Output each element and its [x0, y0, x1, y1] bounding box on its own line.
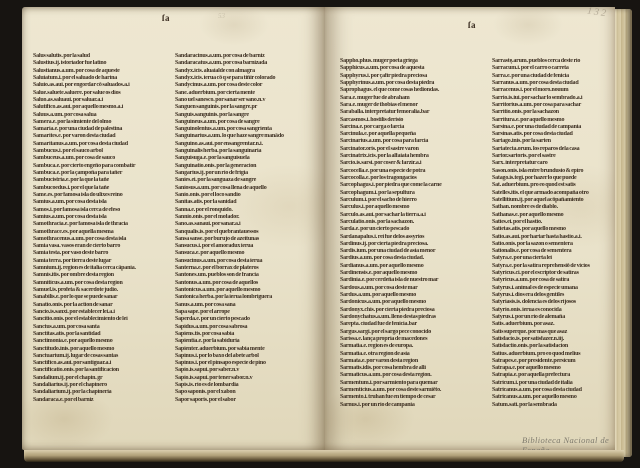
dictionary-entry-line: Sanctitudo.inis. por aquello mesmo: [33, 346, 174, 353]
dictionary-entry-line: Sapor saporis. por el sabor: [175, 397, 323, 404]
dictionary-entry-line: Satricum.i. por una ciudad de italia: [492, 380, 613, 387]
dictionary-entry-line: Sarcinula.e. por aquella pequeña: [340, 131, 490, 138]
dictionary-entry-line: Satrapia.e. por aquella prefectura: [492, 372, 613, 379]
dictionary-entry-line: Sandaliarium.ij. por la chapineria: [33, 389, 174, 396]
dictionary-entry-line: Sanio.onis. por el loco sandio: [175, 192, 323, 199]
dictionary-entry-line: Satyrus.i. por un rio de alemaña: [492, 314, 613, 321]
dictionary-entry-line: Salutifico.as.aui. por aquello mesmo.a.i: [33, 104, 174, 111]
dictionary-entry-line: Sarritura.e. por aquello mesmo: [492, 117, 613, 124]
book-scan-viewport: ſa 53 Salus salutis. por la saludSalusti…: [0, 0, 640, 468]
dictionary-entry-line: Santones.um. pueblos son de francia: [175, 272, 323, 279]
dictionary-entry-line: Sanus.a.um. por cosa sana: [175, 302, 323, 309]
dictionary-entry-line: Sarracenus.i. por el moro.nouum: [492, 87, 613, 94]
dictionary-entry-line: Salue.saluete.saluere. por salue os dios: [33, 90, 174, 97]
dictionary-entry-line: Santonicus.a.um. por aquello mesmo: [175, 287, 323, 294]
dictionary-entry-line: Sanguinolentus.a.um. por cosa sangrienta: [175, 126, 323, 133]
dictionary-entry-line: Sarranus.a.um. por cosa desta ciudad: [492, 80, 613, 87]
page-bottom-edge: [24, 450, 624, 462]
dictionary-entry-line: Sarnus.i. por un rio de campania: [340, 402, 490, 409]
dictionary-entry-line: Sansucus.i. por el amoradux ierua: [175, 243, 323, 250]
left-page-foliation-mark: 53: [218, 12, 225, 20]
dictionary-entry-line: Sarissa.e. lança propria de macedones: [340, 336, 490, 343]
dictionary-entry-line: Sarmatis.idis. por cosa hembra de alli: [340, 365, 490, 372]
dictionary-entry-line: Samaritanus.a.um. por cosa desta ciudad: [33, 141, 174, 148]
dictionary-entry-line: Sarritio.onis. por la sachazon: [492, 109, 613, 116]
dictionary-entry-line: Sandaracatus.a.um. por cosa barnizada: [175, 60, 323, 67]
dictionary-entry-line: Saluo.as.saluaui. por saluar.a.i: [33, 97, 174, 104]
dictionary-entry-line: Satyriasis.is. dolencia es delos rijosos: [492, 299, 613, 306]
dictionary-entry-line: Sarrastę.arum. pueblos cerca deste rio: [492, 58, 613, 65]
dictionary-entry-line: Samius.a.um. por cosa desta isla: [33, 199, 174, 206]
dictionary-entry-line: Sardinia.e. por cerdeña isla de nuestro …: [340, 277, 490, 284]
dictionary-entry-line: Sardonyx.chis. por cierta piedra precios…: [340, 307, 490, 314]
dictionary-entry-line: Sanctus.a.um. por cosa santa: [33, 324, 174, 331]
dictionary-entry-line: Satricanus.a.um. por cosa desta ciudad: [492, 387, 613, 394]
dictionary-entry-line: Sancio.is.sanxi. por establecer lei.a.i: [33, 309, 174, 316]
dictionary-entry-line: Sarcasmos.i. hostilis derisio: [340, 117, 490, 124]
dictionary-entry-line: Sanctimonia.e. por aquello mesmo: [33, 338, 174, 345]
dictionary-entry-line: Sapis.is. rio es de lombardia: [175, 382, 323, 389]
dictionary-entry-line: Sarcinator.oris. por el sastre varon: [340, 146, 490, 153]
dictionary-entry-line: Sardis.ium. por una ciudad de asia menor: [340, 248, 490, 255]
dictionary-entry-line: Samia vasa. vasos eran de cierto barro: [33, 243, 174, 250]
dictionary-entry-line: Sandaracinus.a.um. por cosa de barniz: [175, 53, 323, 60]
dictionary-entry-line: Sannio.onis. por el mofador.: [175, 214, 323, 221]
dictionary-entry-line: Samnis.itis. por ombre desta region: [33, 272, 174, 279]
dictionary-entry-line: Salustius.ij. istoriador fue latino: [33, 60, 174, 67]
dictionary-entry-line: Sanguis.sanguinis. por la sangre: [175, 112, 323, 119]
dictionary-entry-line: Sano.as.sanaui. por sanar.a.i: [175, 221, 323, 228]
dictionary-entry-line: Sat. aduerbium. pro eo quod est satis: [492, 182, 613, 189]
dictionary-entry-line: Santerna.e. por el borrax de plateros: [175, 265, 323, 272]
dictionary-entry-line: Sartago.inis. por la sarten: [492, 138, 613, 145]
dictionary-entry-line: Satyricus.ci. por el escriptor de satira…: [492, 270, 613, 277]
dictionary-entry-line: Sardianus.a.um. por aquello mesmo: [340, 263, 490, 270]
right-page-pencil-mark: 132: [586, 6, 608, 20]
dictionary-entry-line: Sarcinatrix.icis. por la alfaiata hembra: [340, 153, 490, 160]
dictionary-entry-line: Sardinensis.e. por aquello mesmo: [340, 270, 490, 277]
dictionary-entry-line: Sandaliarius.ij. por el chapinero: [33, 382, 174, 389]
dictionary-entry-line: Sarmenticius.a.um. por cosa deste sarmiẽ…: [340, 387, 490, 394]
dictionary-entry-line: Sarcina.e. por carga o farcia: [340, 124, 490, 131]
dictionary-entry-line: Sarmata.e. por varon desta region: [340, 358, 490, 365]
dictionary-entry-line: Sanna.e. por el ronquido.: [175, 207, 323, 214]
dictionary-entry-line: Sarx. interpretatur caro: [492, 160, 613, 167]
dictionary-entry-line: Sarculo.as.aui. por sachar la tierra.a.i: [340, 212, 490, 219]
dictionary-entry-line: Sanctuarium.ij. lugar de cosas santas: [33, 353, 174, 360]
right-page: ſa 132 Sappho.phus. muger poeta griegaSa…: [325, 7, 615, 450]
dictionary-entry-line: Salustianus.a.um. por cosa de aqueste: [33, 68, 174, 75]
dictionary-entry-line: Sanguinalis herba. por la sanguinaria: [175, 148, 323, 155]
dictionary-entry-line: Sanies.ei. por la sanguaza de sangre: [175, 177, 323, 184]
dictionary-entry-line: Satyrio.onis. ierua es conocida: [492, 307, 613, 314]
dictionary-entry-line: Satisfacio.is. por satisfazer.n.iij.: [492, 336, 613, 343]
dictionary-entry-line: Samia terra. por tierra deste lugar: [33, 258, 174, 265]
dictionary-entry-line: Sapphicus.a.um. por cosa de aquesta: [340, 65, 490, 72]
dictionary-entry-line: Sangarius.ij. por un rio de frigia: [175, 170, 323, 177]
left-column-1: Salus salutis. por la saludSalustius.ij.…: [33, 53, 174, 405]
left-page: ſa 53 Salus salutis. por la saludSalusti…: [22, 7, 325, 450]
dictionary-entry-line: Sambucus.i. por el sauco arbol: [33, 148, 174, 155]
right-column-2: Sarrastę.arum. pueblos cerca deste rioSa…: [492, 58, 613, 410]
dictionary-entry-line: Sarcophagus.i. por piedra que come la ca…: [340, 182, 490, 189]
dictionary-entry-line: Sanguisuga.e. por la sanguisuela: [175, 155, 323, 162]
dictionary-entry-line: Santonus.a.um. por cosa de aquellos: [175, 280, 323, 287]
dictionary-entry-line: Sarra.e. por una ciudad de fenicia: [492, 73, 613, 80]
left-column-2: Sandaracinus.a.um. por cosa de barnizSan…: [175, 53, 323, 405]
dictionary-entry-line: Sandyx.icis. aluaialde con almagra: [175, 68, 323, 75]
dictionary-entry-line: Sanctifico.as.aui. por santiguar.a.i: [33, 360, 174, 367]
dictionary-entry-line: Sanguinarius.a.um. lo que haze sangre ma…: [175, 133, 323, 140]
dictionary-entry-line: Sansuca.e. por aquello mesmo: [175, 250, 323, 257]
dictionary-entry-line: Satyricus.a.um. por cosa de satira: [492, 277, 613, 284]
dictionary-entry-line: Satyra.e. por una cierta lei: [492, 255, 613, 262]
dictionary-entry-line: Samothracia.e. por famosa isla de thraci…: [33, 221, 174, 228]
dictionary-entry-line: Sarracum.i. por el carro o carreta: [492, 65, 613, 72]
dictionary-entry-line: Satelles.itis. el que armado acompaña ot…: [492, 190, 613, 197]
dictionary-entry-line: Sambuceus.a.um. por cosa de sauco: [33, 155, 174, 162]
dictionary-entry-line: Sarda.e. por un cierto pescado: [340, 226, 490, 233]
dictionary-entry-line: Satio.as.aui. por hartar hasta hastio.a.…: [492, 234, 613, 241]
dictionary-entry-line: Sarsinas.atis. por cosa desta ciudad: [492, 131, 613, 138]
page-fore-edge: [615, 9, 632, 457]
dictionary-entry-line: Sardonychatus.a.um. lleno destas piedras: [340, 314, 490, 321]
dictionary-entry-line: Satius. aduerbium. pro eo quod melius: [492, 351, 613, 358]
dictionary-entry-line: Saluus.a.um. por cosa salua: [33, 112, 174, 119]
dictionary-entry-line: Sapinus.i. por lo baxo del abete arbol: [175, 353, 323, 360]
dictionary-entry-line: Saperda.e. por un cierto pescado: [175, 316, 323, 323]
dictionary-entry-line: Sationalis.e. por cosa de sementera: [492, 248, 613, 255]
dictionary-entry-line: Sathanas.e. por aquello mesmo: [492, 212, 613, 219]
dictionary-entry-line: Sarmaticus.a.um. por cosa desta region.: [340, 372, 490, 379]
dictionary-entry-line: Satellitium.ij. por aquel acõpañamiento: [492, 197, 613, 204]
dictionary-entry-line: Sardous.a.um. por cosa deste mar: [340, 285, 490, 292]
dictionary-entry-line: Samius.a.um. por cosa desta isla: [33, 214, 174, 221]
dictionary-entry-line: Sarrio.is.iui. por sachar lo sembrado.a.…: [492, 95, 613, 102]
dictionary-entry-line: Satis. aduerbium. por asaz.: [492, 321, 613, 328]
dictionary-entry-line: Sambucistria.e. por la que la tañe: [33, 177, 174, 184]
dictionary-entry-line: Satyrus.i. animal es de especie umana: [492, 285, 613, 292]
dictionary-entry-line: Sapphyrinus.a.um. por cosa desta piedra: [340, 80, 490, 87]
dictionary-entry-line: Sambuca.e. por la çampoña para tañer: [33, 170, 174, 177]
dictionary-entry-line: Satricanus.a.um. por aquello mesmo: [492, 394, 613, 401]
dictionary-entry-line: Sanguino.as.aui. por ensangrentar.n.i.: [175, 141, 323, 148]
dictionary-entry-line: Satisfactio.onis. por la satisfacion: [492, 343, 613, 350]
dictionary-entry-line: Sane. aduerbium. por cierta mente: [175, 90, 323, 97]
dictionary-entry-line: Satyrus.i. dios era delos gentiles: [492, 292, 613, 299]
dictionary-entry-line: Sapo saponis. por el xabon: [175, 389, 323, 396]
dictionary-entry-line: Satum.sati. por la sembrada: [492, 402, 613, 409]
dictionary-entry-line: Sansucinus.a.um. por cosa desta ierua: [175, 258, 323, 265]
dictionary-entry-line: Sarmentum.i. por sarmiento para quemar: [340, 380, 490, 387]
dictionary-entry-line: Saties.ei. por el hastio.: [492, 219, 613, 226]
dictionary-entry-line: Satrapa.e. por aquello mesmo: [492, 365, 613, 372]
dictionary-entry-line: Sarcinarius.a.um. por cosa para farcia: [340, 138, 490, 145]
dictionary-entry-line: Sarcophagum.i. por la sepultura: [340, 190, 490, 197]
dictionary-entry-line: Sanguineus.a.um. por cosa de sangre: [175, 119, 323, 126]
dictionary-entry-line: Saluiatum.i. por el saluado de harina: [33, 75, 174, 82]
dictionary-entry-line: Sarculum.i. por el sacho de hierro: [340, 197, 490, 204]
dictionary-entry-line: Sarmento.i. truhan fue en tiempo de cesa…: [340, 394, 490, 401]
dictionary-entry-line: Sapinus.i. por el pinsapo especie de pin…: [175, 360, 323, 367]
dictionary-entry-line: Sanguinatio.onis. por la generacion: [175, 163, 323, 170]
dictionary-entry-line: Satyra.e. por la satira reprehensiõ de v…: [492, 263, 613, 270]
dictionary-entry-line: Sason.onis. isla entre brundusio & epiro: [492, 168, 613, 175]
dictionary-entry-line: Sarcio.is.sarsi. por coser & farzir.a.i: [340, 160, 490, 167]
dictionary-entry-line: Sano uel sanesco. por sanar ser sano.n.v: [175, 97, 323, 104]
dictionary-entry-line: Sandaraca.e. por el barniz: [33, 397, 174, 404]
dictionary-entry-line: Samos.i. por famosa isla cerca de efeso: [33, 207, 174, 214]
dictionary-entry-line: Sara.e. muger fue de abraham: [340, 95, 490, 102]
dictionary-entry-line: Sarculatio.onis. por la sachazon.: [340, 219, 490, 226]
dictionary-entry-line: Sardonicus.a.um. por aquello mesmo: [340, 299, 490, 306]
dictionary-entry-line: Sanguen sanguinis. por la sangre.pr: [175, 104, 323, 111]
dictionary-entry-line: Sandycinus.a.um. por cosa deste color: [175, 82, 323, 89]
dictionary-entry-line: Sandyx.icis. ierua cõ q se para tiñir co…: [175, 75, 323, 82]
dictionary-entry-line: Samuel.is. profeta & sacerdote judio.: [33, 287, 174, 294]
right-column-1: Sappho.phus. muger poeta griegaSapphicus…: [340, 58, 490, 410]
dictionary-entry-line: Sartatecta.orum. los reparos dela casa: [492, 146, 613, 153]
dictionary-entry-line: Sapio.is.sapui. por tener sabor.n.v: [175, 375, 323, 382]
dictionary-entry-line: Satis superque. por mas que asaz: [492, 329, 613, 336]
dictionary-entry-line: Sapphyrus.i. por çafir piedra preciosa: [340, 73, 490, 80]
dictionary-entry-line: Sarepta. ciudad fue de fenicia.bar: [340, 321, 490, 328]
dictionary-entry-line: Satio.onis. por la sazon o sementera: [492, 241, 613, 248]
dictionary-entry-line: Sappho.phus. muger poeta griega: [340, 58, 490, 65]
dictionary-entry-line: Sansa sanse. por burujo de azeitunas: [175, 236, 323, 243]
dictionary-entry-line: Saraballa. interpretatur femoralia.bar: [340, 109, 490, 116]
dictionary-entry-line: Sartor.sartoris. por el sastre: [492, 153, 613, 160]
dictionary-entry-line: Saprophagus. el que come cosas hediondas…: [340, 87, 490, 94]
dictionary-entry-line: Sandalium.ij. por el chapin. gr: [33, 375, 174, 382]
dictionary-entry-line: Saluio.as.aui. por engordar cõ saluados.…: [33, 82, 174, 89]
dictionary-entry-line: Sapio.is.sapui. por saber.n.v: [175, 367, 323, 374]
dictionary-entry-line: Sarcocolla.e. por los tragongacios: [340, 175, 490, 182]
dictionary-entry-line: Salus salutis. por la salud: [33, 53, 174, 60]
dictionary-entry-line: Sanatio.onis. por la action de sanar: [33, 302, 174, 309]
dictionary-entry-line: Sardanapalus.i. rei fue delos assyrios: [340, 234, 490, 241]
dictionary-entry-line: Santonica herba. por la ierua lombriguer…: [175, 294, 323, 301]
dictionary-entry-line: Samia testa. por vaso deste barro: [33, 250, 174, 257]
right-running-head: ſa: [468, 20, 476, 30]
dictionary-entry-line: Sardus.a.um. por aquello mesmo: [340, 292, 490, 299]
dictionary-entry-line: Sanctitas.atis. por la santidad: [33, 331, 174, 338]
dictionary-entry-line: Sancitio.onis. por el establecimiento de…: [33, 316, 174, 323]
dictionary-entry-line: Sapienter. aduerbium. por sabia mente: [175, 346, 323, 353]
open-book: ſa 53 Salus salutis. por la saludSalusti…: [22, 7, 632, 462]
dictionary-entry-line: Sapiens.tis. por cosa sabia: [175, 331, 323, 338]
dictionary-entry-line: Samera.e. por la simiente del olmo: [33, 119, 174, 126]
dictionary-entry-line: Sambuca.e. por cierto engeño para combat…: [33, 163, 174, 170]
dictionary-entry-line: Same.es. por famosa isla do ulixes reino: [33, 192, 174, 199]
dictionary-entry-line: Sardius.a.um. por cosa desta ciudad.: [340, 255, 490, 262]
dictionary-entry-line: Samniticus.a.um. por cosa desta region: [33, 280, 174, 287]
dictionary-entry-line: Satietas.atis. por aquello mesmo: [492, 226, 613, 233]
dictionary-entry-line: Sambucoedus.i. por el que la tañe: [33, 185, 174, 192]
dictionary-entry-line: Sarcocella.e. por una especie de potra: [340, 168, 490, 175]
dictionary-entry-line: Sanitas.atis. por la sanidad: [175, 199, 323, 206]
dictionary-entry-line: Sarsina.e. por una ciudad de campania: [492, 124, 613, 131]
left-running-head: ſa: [162, 13, 170, 23]
dictionary-entry-line: Satago.is.tegi. por hazer lo que puede: [492, 175, 613, 182]
dictionary-entry-line: Sathan. nombre es de diablo.: [492, 204, 613, 211]
dictionary-entry-line: Sapientia.e. por la sabiduria: [175, 338, 323, 345]
dictionary-entry-line: Sarmatia.e. region es de europa.: [340, 343, 490, 350]
dictionary-entry-line: Samarites.e. por varon desta ciudad: [33, 133, 174, 140]
dictionary-entry-line: Sargus.sargi. por el sargo pece conocido: [340, 329, 490, 336]
dictionary-entry-line: Samothrace.es. por aquella mesma: [33, 229, 174, 236]
dictionary-entry-line: Sarritorius.a.um. por cosa para sachar: [492, 102, 613, 109]
dictionary-entry-line: Sarmatia.e. otra region de asia: [340, 351, 490, 358]
dictionary-entry-line: Sanctificatio.onis. por la santificacion: [33, 367, 174, 374]
dictionary-entry-line: Sapa sape. por el arrope: [175, 309, 323, 316]
dictionary-entry-line: Sardinus.ij. por cierta piedra preciosa.: [340, 241, 490, 248]
dictionary-entry-line: Samaria.e. por una ciudad de palestina: [33, 126, 174, 133]
dictionary-entry-line: Sara.e. muger de thobias el menor: [340, 102, 490, 109]
dictionary-entry-line: Saniosus.a.um. por cosa llena de aquello: [175, 185, 323, 192]
dictionary-entry-line: Sanqualis.is. por el quebrantauessos: [175, 229, 323, 236]
dictionary-entry-line: Samnium.ij. region es de italia cerca cã…: [33, 265, 174, 272]
dictionary-entry-line: Satrapes.e. por presidente.persicum: [492, 358, 613, 365]
dictionary-entry-line: Samothracenus.a.um. por cosa desta isla: [33, 236, 174, 243]
dictionary-entry-line: Sanabilis.e. por lo que se puede sanar: [33, 294, 174, 301]
dictionary-entry-line: Sapidus.a.um. por cosa sabrosa: [175, 324, 323, 331]
dictionary-entry-line: Sarculus.i. por aquello mesmo: [340, 204, 490, 211]
